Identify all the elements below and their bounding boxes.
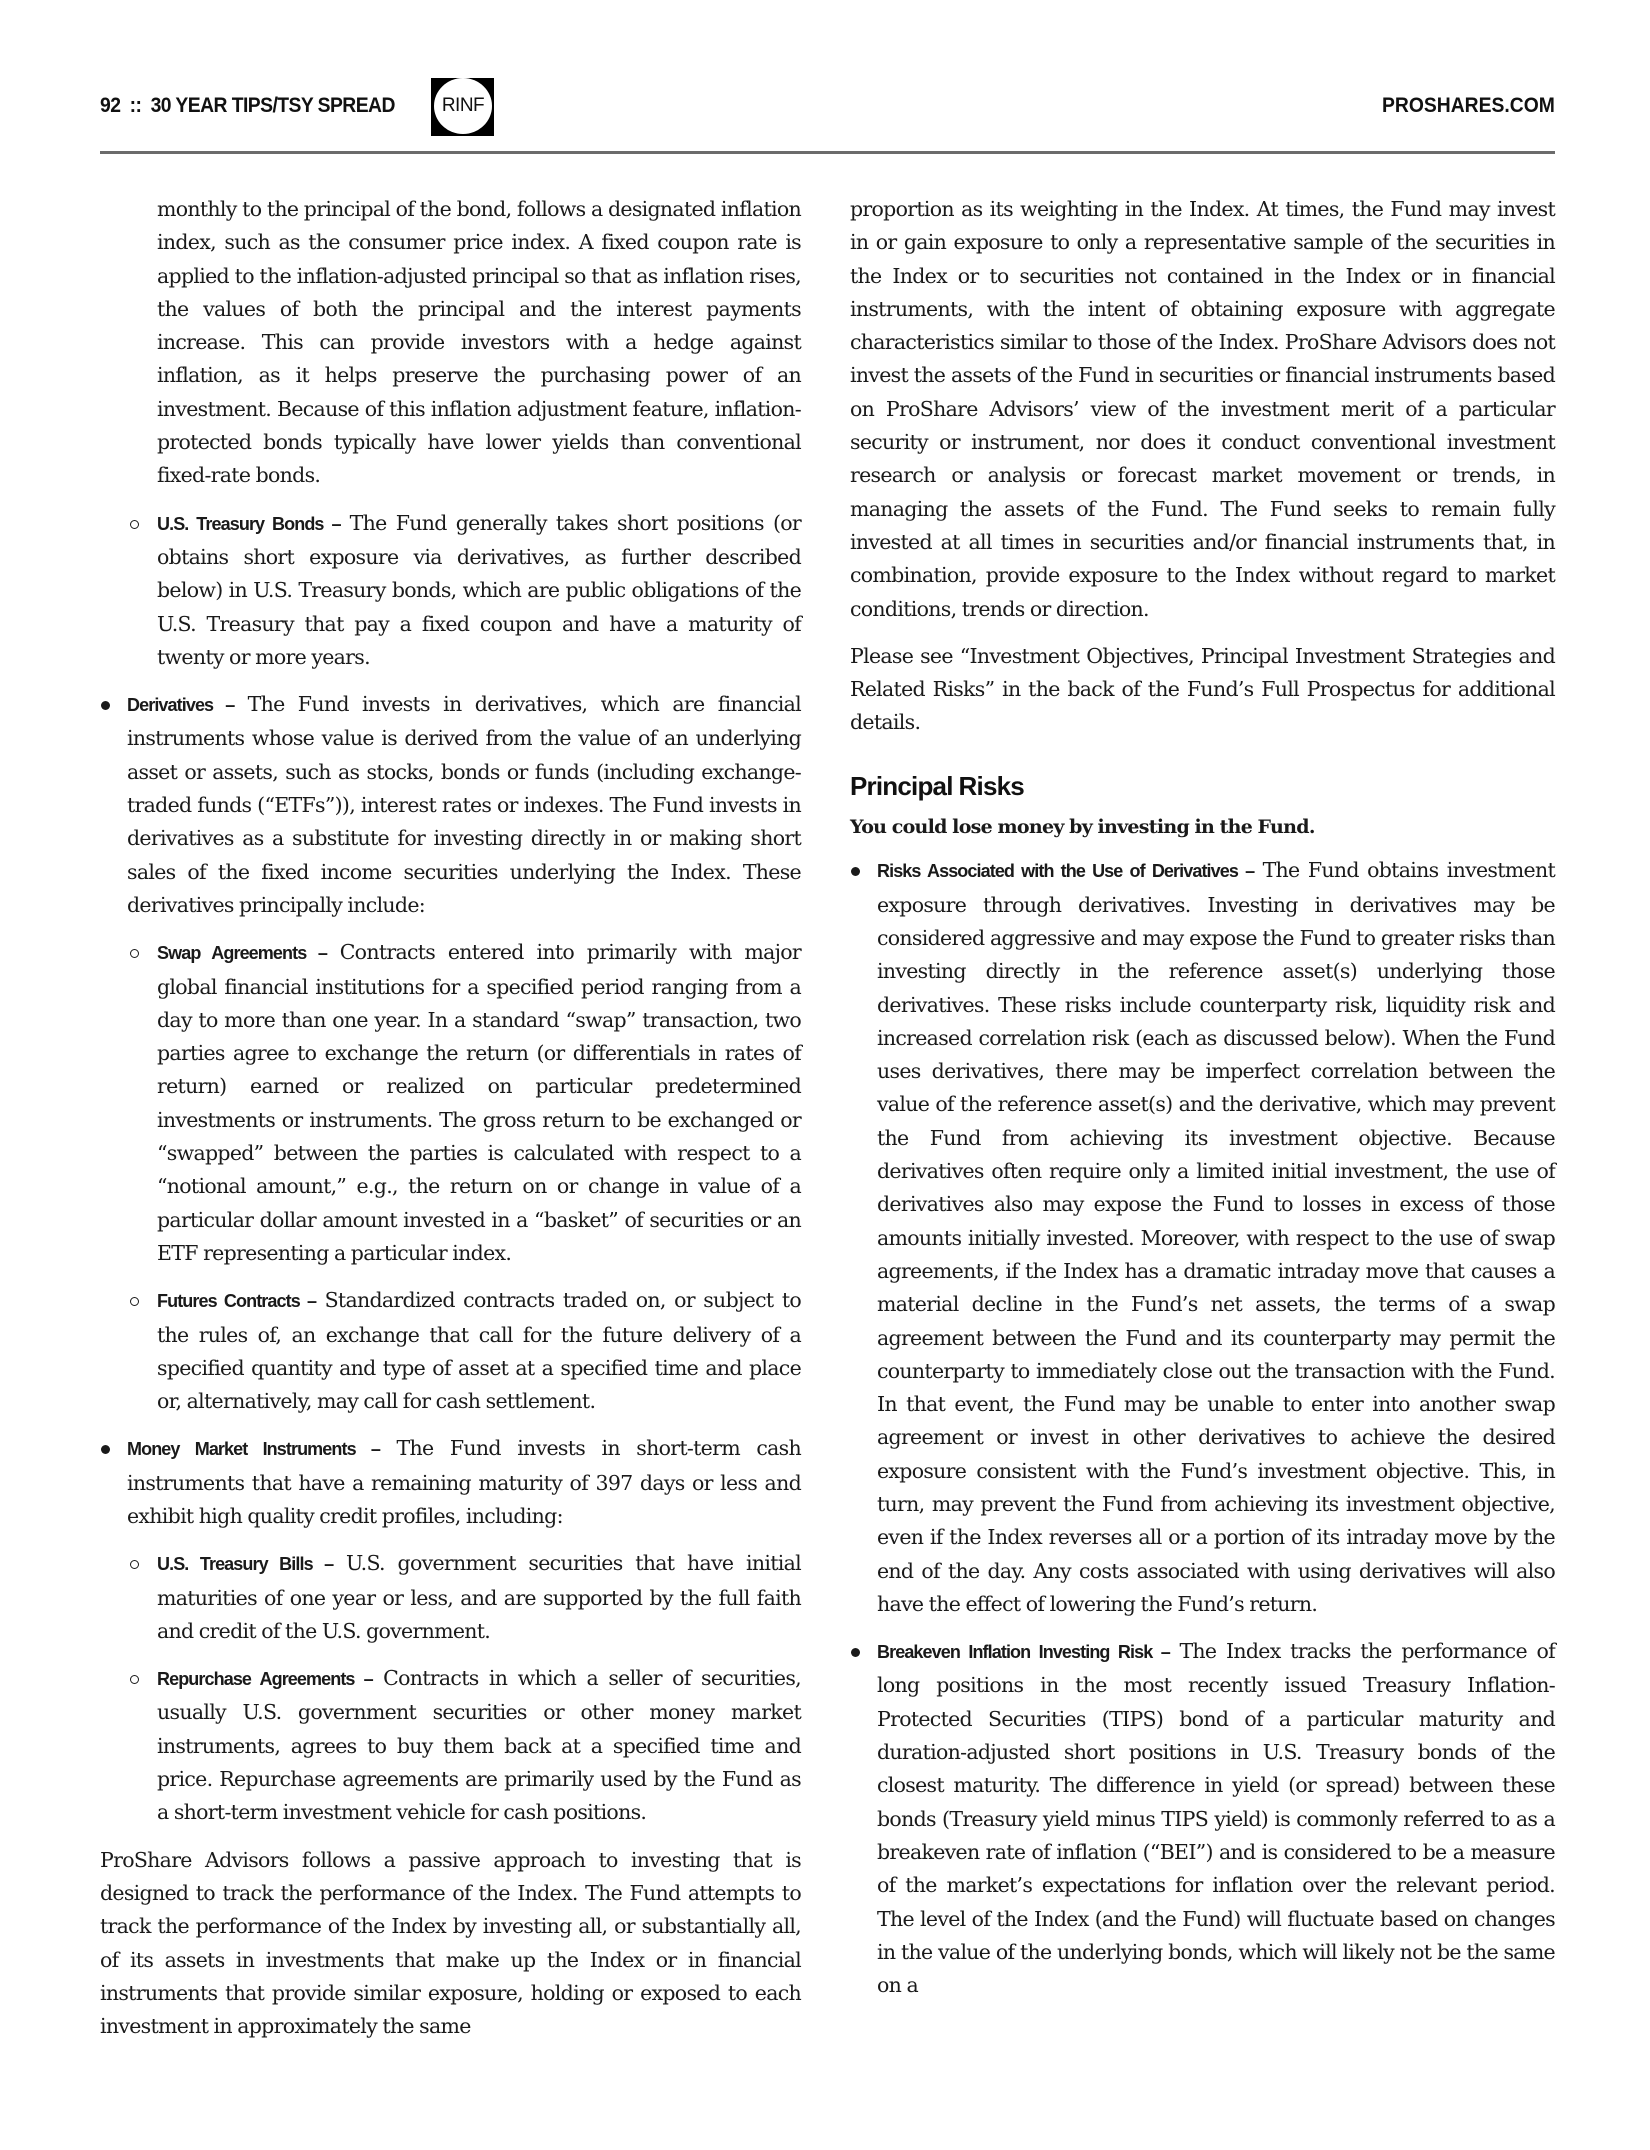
ticker-logo-icon: RINF — [431, 78, 494, 136]
passive-approach-continuation: proportion as its weighting in the Index… — [850, 193, 1555, 626]
item-text: The Fund generally takes short positions… — [157, 511, 801, 669]
website-link[interactable]: PROSHARES.COM — [1382, 94, 1555, 118]
list-item-money-market: Money Market Instruments – The Fund inve… — [100, 1432, 801, 1533]
item-label: U.S. Treasury Bills – — [157, 1554, 333, 1574]
left-column: monthly to the principal of the bond, fo… — [100, 193, 801, 2057]
ticker-logo-label: RINF — [434, 78, 492, 134]
item-label: Risks Associated with the Use of Derivat… — [877, 861, 1254, 881]
list-item-breakeven-risk: Breakeven Inflation Investing Risk – The… — [850, 1635, 1555, 2002]
list-item-derivatives: Derivatives – The Fund invests in deriva… — [100, 688, 801, 922]
item-text: The Fund invests in derivatives, which a… — [127, 692, 801, 917]
list-item-derivatives-risk: Risks Associated with the Use of Derivat… — [850, 854, 1555, 1621]
tips-continuation-text: monthly to the principal of the bond, fo… — [100, 193, 801, 493]
item-label: Futures Contracts – — [157, 1291, 316, 1311]
list-item-treasury-bills: U.S. Treasury Bills – U.S. government se… — [100, 1547, 801, 1648]
item-label: Breakeven Inflation Investing Risk – — [877, 1642, 1170, 1662]
page-header: 92::30 YEAR TIPS/TSY SPREAD RINF PROSHAR… — [100, 86, 1555, 156]
item-text: Contracts in which a seller of securitie… — [157, 1666, 801, 1824]
principal-risks-heading: Principal Risks — [850, 770, 1555, 803]
item-label: Swap Agreements – — [157, 943, 327, 963]
passive-approach-paragraph: ProShare Advisors follows a passive appr… — [100, 1844, 801, 2044]
hollow-bullet-icon — [130, 949, 139, 958]
fund-title: 30 YEAR TIPS/TSY SPREAD — [151, 94, 395, 117]
item-text: The Fund obtains investment exposure thr… — [877, 858, 1555, 1616]
list-item-futures-contracts: Futures Contracts – Standardized contrac… — [100, 1284, 801, 1418]
hollow-bullet-icon — [130, 520, 139, 529]
solid-bullet-icon — [851, 867, 860, 876]
hollow-bullet-icon — [130, 1560, 139, 1569]
item-label: Money Market Instruments – — [127, 1439, 380, 1459]
list-item-treasury-bonds: U.S. Treasury Bonds – The Fund generally… — [100, 507, 801, 674]
solid-bullet-icon — [851, 1648, 860, 1657]
please-see-paragraph: Please see “Investment Objectives, Princ… — [850, 640, 1555, 740]
lose-money-subheading: You could lose money by investing in the… — [850, 811, 1555, 844]
solid-bullet-icon — [101, 1445, 110, 1454]
right-column: proportion as its weighting in the Index… — [850, 193, 1555, 2016]
item-text: The Index tracks the performance of long… — [877, 1639, 1555, 1997]
header-divider — [100, 151, 1555, 154]
header-title-group: 92::30 YEAR TIPS/TSY SPREAD — [100, 94, 395, 118]
hollow-bullet-icon — [130, 1675, 139, 1684]
hollow-bullet-icon — [130, 1297, 139, 1306]
item-label: Derivatives – — [127, 695, 234, 715]
item-label: U.S. Treasury Bonds – — [157, 514, 341, 534]
prospectus-page: 92::30 YEAR TIPS/TSY SPREAD RINF PROSHAR… — [0, 0, 1650, 2150]
list-item-repurchase-agreements: Repurchase Agreements – Contracts in whi… — [100, 1662, 801, 1829]
header-separator: :: — [130, 94, 142, 117]
item-label: Repurchase Agreements – — [157, 1669, 373, 1689]
list-item-swap-agreements: Swap Agreements – Contracts entered into… — [100, 936, 801, 1270]
solid-bullet-icon — [101, 701, 110, 710]
page-number: 92 — [100, 94, 120, 117]
item-text: Contracts entered into primarily with ma… — [157, 940, 801, 1265]
